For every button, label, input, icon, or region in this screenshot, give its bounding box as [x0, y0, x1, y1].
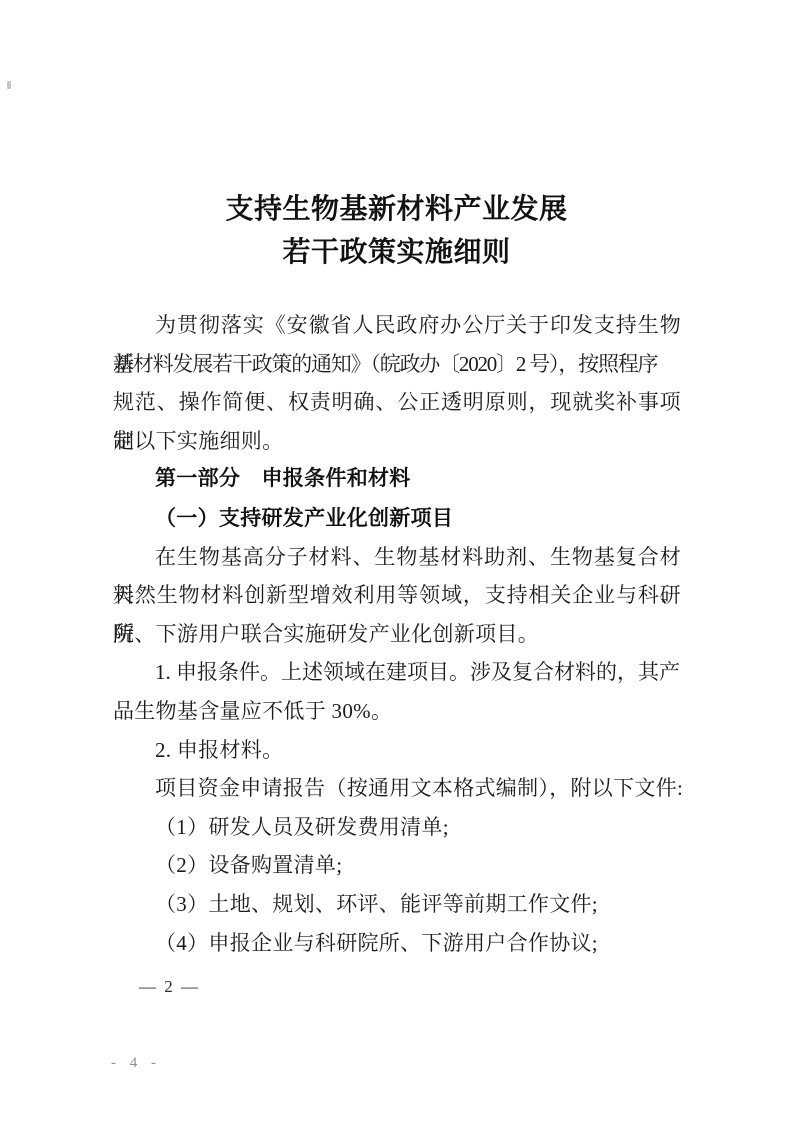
document-title: 支持生物基新材料产业发展 若干政策实施细则 [0, 188, 793, 274]
body-line: 项目资金申请报告（按通用文本格式编制），附以下文件: [113, 769, 681, 808]
body-line: 为贯彻落实《安徽省人民政府办公厅关于印发支持生物基 [113, 306, 681, 345]
scan-page-number: - 4 - [111, 1054, 161, 1072]
scan-artifact [7, 81, 11, 89]
list-item-1: （1）研发人员及研发费用清单; [113, 808, 681, 847]
document-page-number: — 2 — [139, 977, 200, 997]
title-line-2: 若干政策实施细则 [0, 231, 793, 274]
body-line: 在生物基高分子材料、生物基材料助剂、生物基复合材料、 [113, 538, 681, 577]
scanned-document-page: 支持生物基新材料产业发展 若干政策实施细则 为贯彻落实《安徽省人民政府办公厅关于… [0, 0, 793, 1122]
title-line-1: 支持生物基新材料产业发展 [0, 188, 793, 231]
document-body: 为贯彻落实《安徽省人民政府办公厅关于印发支持生物基 新材料发展若干政策的通知》（… [113, 306, 681, 962]
body-line: 定以下实施细则。 [113, 422, 681, 461]
body-line: 品生物基含量应不低于 30%。 [113, 692, 681, 731]
item-1-line: 1. 申报条件。上述领域在建项目。涉及复合材料的，其产 [113, 653, 681, 692]
body-line: 新材料发展若干政策的通知》（皖政办〔2020〕2 号），按照程序 [113, 345, 681, 384]
body-line: 所、下游用户联合实施研发产业化创新项目。 [113, 615, 681, 654]
body-line: 规范、操作简便、权责明确、公正透明原则，现就奖补事项制 [113, 383, 681, 422]
body-line: 天然生物材料创新型增效利用等领域，支持相关企业与科研院 [113, 576, 681, 615]
subsection-one-heading: （一）支持研发产业化创新项目 [113, 499, 681, 538]
item-2-line: 2. 申报材料。 [113, 731, 681, 770]
list-item-2: （2）设备购置清单; [113, 846, 681, 885]
list-item-3: （3）土地、规划、环评、能评等前期工作文件; [113, 885, 681, 924]
list-item-4: （4）申报企业与科研院所、下游用户合作协议; [113, 924, 681, 963]
part-one-heading: 第一部分 申报条件和材料 [113, 460, 681, 499]
